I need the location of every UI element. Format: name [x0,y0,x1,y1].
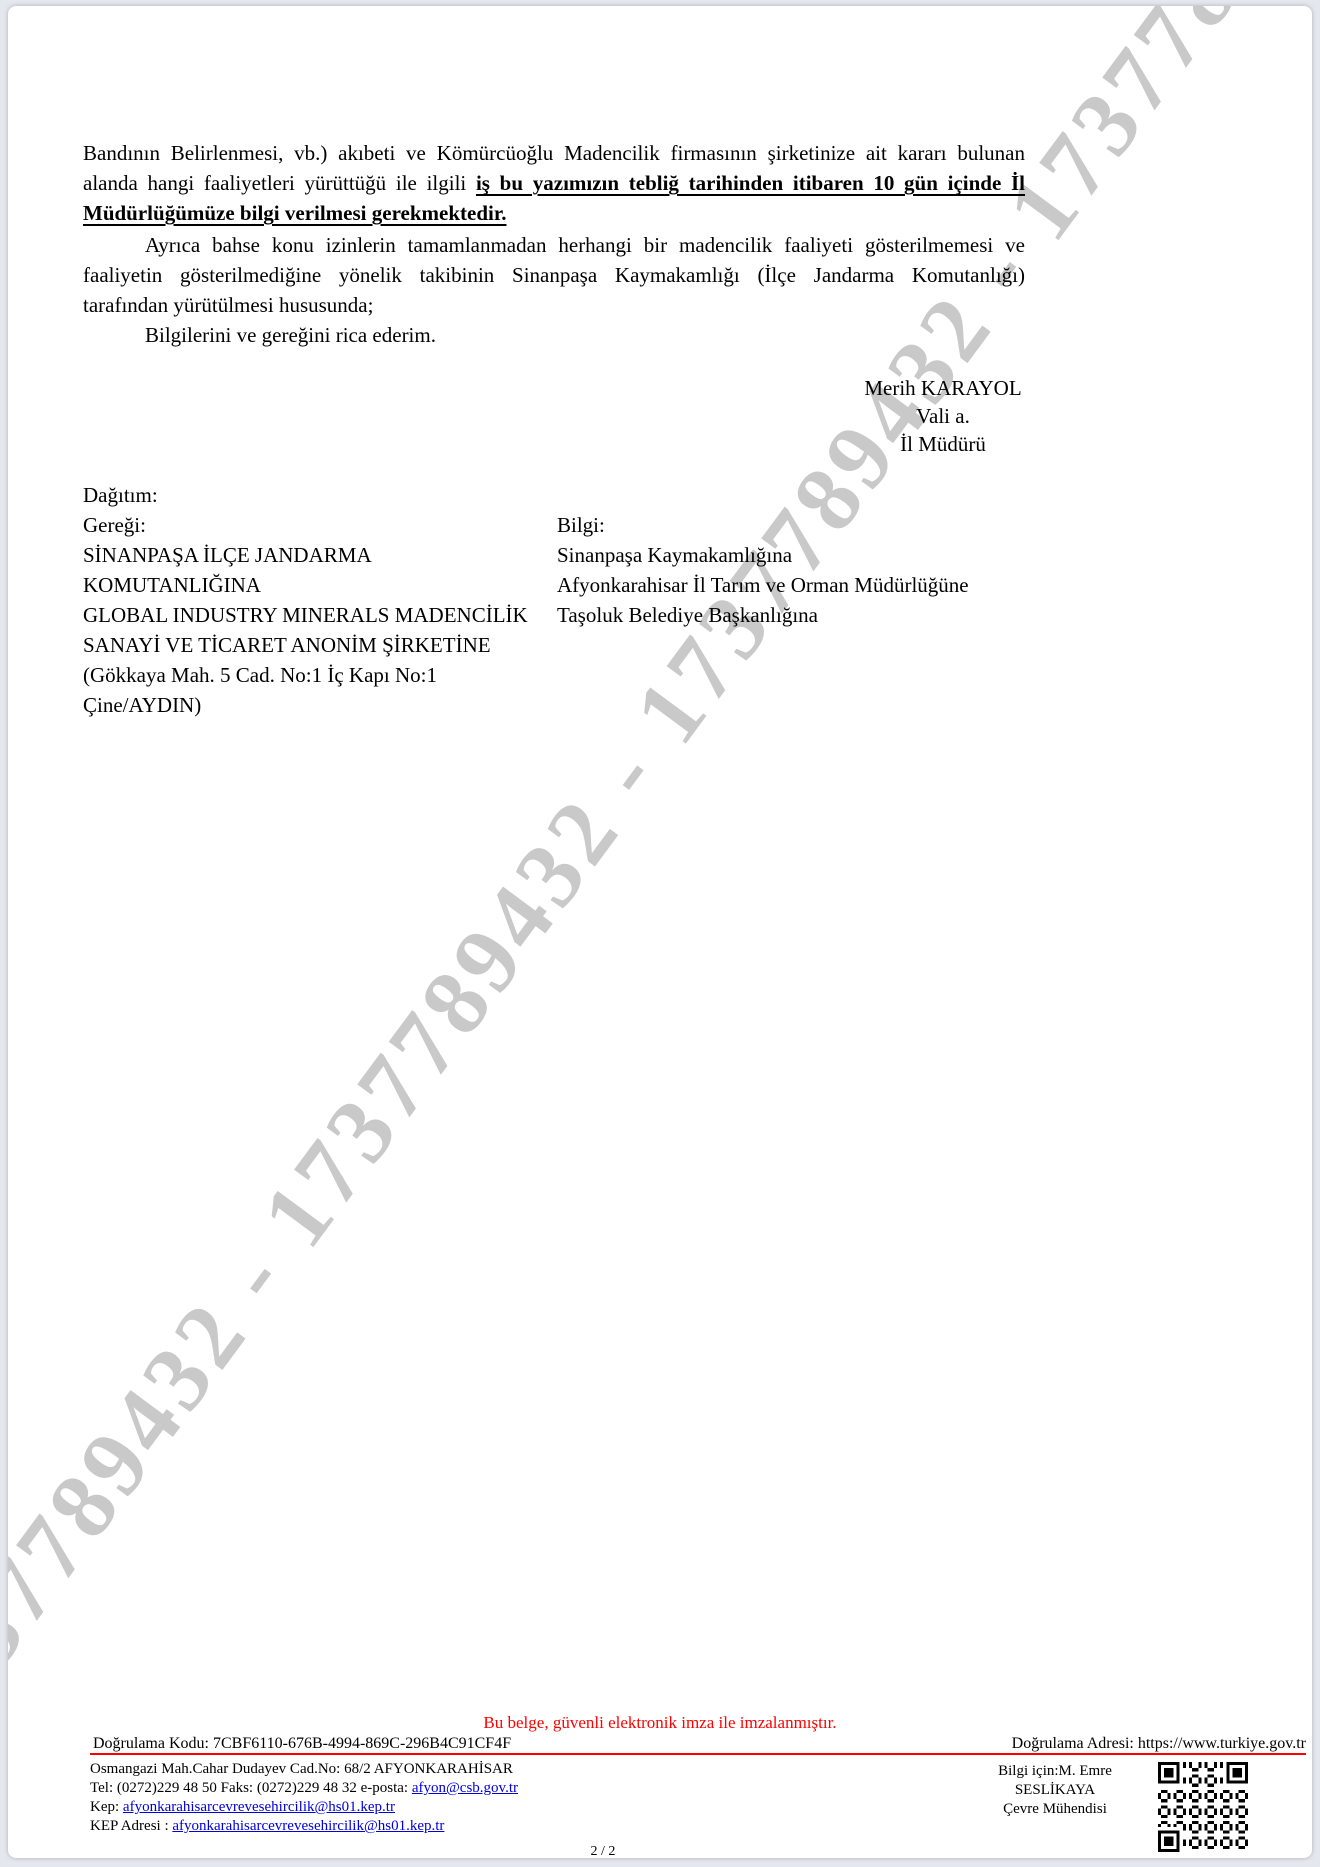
distribution-left-heading: Gereği: [83,510,146,540]
paragraph-1-line-2-normal: alanda hangi faaliyetleri yürüttüğü ile … [83,171,476,195]
distribution-left-item: (Gökkaya Mah. 5 Cad. No:1 İç Kapı No:1 [83,660,553,690]
contact-person-block: Bilgi için:M. Emre SESLİKAYA Çevre Mühen… [960,1762,1150,1819]
office-address-line: Osmangazi Mah.Cahar Dudayev Cad.No: 68/2… [90,1760,518,1779]
distribution-left-item: KOMUTANLIĞINA [83,570,553,600]
contact-info-line: Bilgi için:M. Emre [960,1762,1150,1781]
kep-line: Kep: afyonkarahisarcevrevesehircilik@hs0… [90,1798,518,1817]
verification-row: Doğrulama Kodu: 7CBF6110-676B-4994-869C-… [93,1735,1306,1753]
e-signature-notice: Bu belge, güvenli elektronik imza ile im… [8,1713,1312,1733]
verification-address: Doğrulama Adresi: https://www.turkiye.go… [1012,1735,1306,1753]
contact-title: Çevre Mühendisi [960,1800,1150,1819]
footer-divider [90,1753,1306,1755]
paragraph-1-line-3: Müdürlüğümüze bilgi verilmesi gerekmekte… [83,198,1025,228]
kep-address-line: KEP Adresi : afyonkarahisarcevrevesehirc… [90,1817,518,1836]
paragraph-1-line-2-emphasis: iş bu yazımızın tebliğ tarihinden itibar… [476,171,1025,195]
qr-code-icon [1158,1762,1248,1852]
document-page: 1737789432 - 1737789432 - 1737789432 - 1… [8,6,1312,1858]
distribution-left-item: Çine/AYDIN) [83,690,553,720]
office-phone-line: Tel: (0272)229 48 50 Faks: (0272)229 48 … [90,1779,518,1798]
document-viewer: { "watermark": { "text": "1737789432 - 1… [0,0,1320,1867]
closing-line: Bilgilerini ve gereğini rica ederim. [83,320,1087,350]
kep-address-link[interactable]: afyonkarahisarcevrevesehircilik@hs01.kep… [172,1818,444,1834]
paragraph-2-line-2: faaliyetin gösterilmediğine yönelik taki… [83,260,1025,290]
distribution-heading: Dağıtım: [83,480,158,510]
paragraph-1-line-1: Bandının Belirlenmesi, vb.) akıbeti ve K… [83,138,1025,168]
paragraph-1-line-2: alanda hangi faaliyetleri yürüttüğü ile … [83,168,1025,198]
paragraph-2-line-3: tarafından yürütülmesi hususunda; [83,290,1025,320]
signature-block: Merih KARAYOL Vali a. İl Müdürü [788,374,1098,458]
signer-name: Merih KARAYOL [788,374,1098,402]
email-link[interactable]: afyon@csb.gov.tr [412,1780,518,1796]
verification-code: Doğrulama Kodu: 7CBF6110-676B-4994-869C-… [93,1735,511,1753]
distribution-right-item: Sinanpaşa Kaymakamlığına [557,540,1117,570]
signer-title-2: İl Müdürü [788,430,1098,458]
distribution-left-item: SANAYİ VE TİCARET ANONİM ŞİRKETİNE [83,630,553,660]
page-number: 2 / 2 [548,1844,658,1858]
signer-title-1: Vali a. [788,402,1098,430]
distribution-right-item: Taşoluk Belediye Başkanlığına [557,600,1117,630]
kep-link[interactable]: afyonkarahisarcevrevesehircilik@hs01.kep… [123,1799,395,1815]
distribution-right-list: Sinanpaşa Kaymakamlığına Afyonkarahisar … [557,540,1117,630]
distribution-right-heading: Bilgi: [557,510,605,540]
office-address-block: Osmangazi Mah.Cahar Dudayev Cad.No: 68/2… [90,1760,518,1836]
paragraph-2-line-1: Ayrıca bahse konu izinlerin tamamlanmada… [83,230,1025,260]
verification-url[interactable]: https://www.turkiye.gov.tr [1138,1735,1306,1752]
distribution-left-item: GLOBAL INDUSTRY MINERALS MADENCİLİK [83,600,553,630]
distribution-right-item: Afyonkarahisar İl Tarım ve Orman Müdürlü… [557,570,1117,600]
distribution-left-item: SİNANPAŞA İLÇE JANDARMA [83,540,553,570]
distribution-left-list: SİNANPAŞA İLÇE JANDARMA KOMUTANLIĞINA GL… [83,540,553,720]
contact-surname: SESLİKAYA [960,1781,1150,1800]
